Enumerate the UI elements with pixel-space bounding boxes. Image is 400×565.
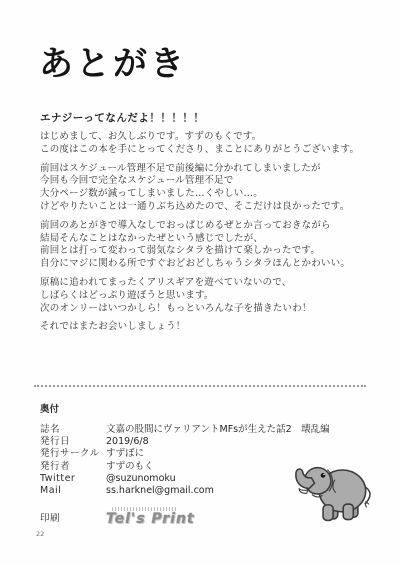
colophon-value: すずのもく: [106, 461, 154, 473]
elephant-mascot-icon: [294, 463, 380, 525]
colophon-value: すずぼに: [106, 448, 144, 460]
colophon-label: 印刷: [40, 513, 106, 525]
colophon-value: 2019/6/8: [106, 436, 149, 448]
colophon-row-title: 誌名 文嘉の股間にヴァリアントMFsが生えた話2 壊乱編: [40, 424, 340, 436]
paragraph: 前回のあとがきで導入なしでおっぱじめるぜとか言っておきながら 結局そんなことはな…: [40, 220, 370, 271]
logo-fineprint-line: [112, 507, 176, 511]
colophon-label: 発行者: [40, 461, 106, 473]
colophon-label: 発行サークル: [40, 448, 106, 460]
mail-address: ss.harknel@gmail.com: [106, 485, 214, 497]
paragraph: 前回はスケジュール管理不足で前後編に分かれてしまいましたが 今回も今回で完全なス…: [40, 163, 370, 214]
print-shop-logo: Tel's Print: [106, 511, 195, 527]
afterword-body: はじめまして、お久しぶりです。すずのもくです。 この度はこの本を手にとってくださ…: [40, 131, 370, 340]
page-number: 22: [36, 530, 44, 538]
dotted-divider: [34, 385, 366, 387]
colophon-label: 発行日: [40, 436, 106, 448]
colophon-label: Mail: [40, 485, 106, 497]
colophon-label: 誌名: [40, 424, 106, 436]
paragraph: それではまたお会いしましょう！: [40, 321, 370, 334]
print-shop-logo-wrap: Tel's Print: [106, 507, 195, 525]
paragraph: 原稿に追われてまったくアリスギアを遊べていないので、 しばらくはどっぷり遊ぼうと…: [40, 277, 370, 315]
colophon-row-circle: 発行サークル すずぼに: [40, 448, 340, 460]
paragraph: はじめまして、お久しぶりです。すずのもくです。 この度はこの本を手にとってくださ…: [40, 131, 370, 157]
lead-line: エナジーってなんだよ！！！！！: [40, 110, 204, 125]
colophon-heading: 奥付: [40, 401, 59, 415]
colophon-label: Twitter: [40, 473, 106, 485]
twitter-handle: @suzunomoku: [106, 473, 176, 485]
colophon-value: 文嘉の股間にヴァリアントMFsが生えた話2 壊乱編: [106, 424, 330, 436]
page-title: あとがき: [39, 36, 187, 85]
afterword-page: あとがき エナジーってなんだよ！！！！！ はじめまして、お久しぶりです。すずのも…: [0, 0, 400, 565]
colophon-row-date: 発行日 2019/6/8: [40, 436, 340, 448]
